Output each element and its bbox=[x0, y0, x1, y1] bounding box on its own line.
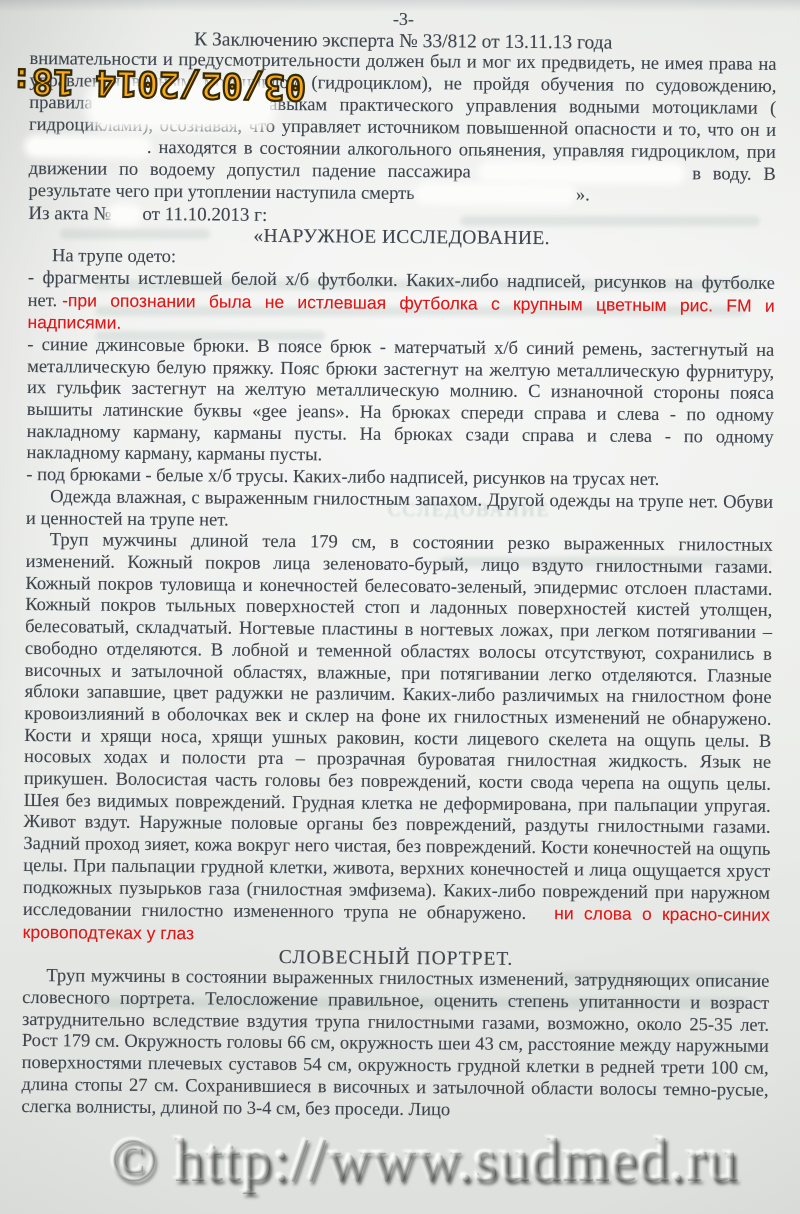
act-reference-prefix: Из акта № bbox=[28, 203, 111, 225]
list-item-jeans: - синие джинсовые брюки. В поясе брюк - … bbox=[26, 335, 774, 471]
redaction-name-3 bbox=[419, 187, 571, 201]
portrait-paragraph: Труп мужчины в состоянии выраженных гнил… bbox=[21, 966, 769, 1124]
document-page: -3- К Заключению эксперта № 33/812 от 13… bbox=[21, 6, 777, 1124]
redaction-name-1 bbox=[29, 140, 147, 154]
body-description-text: Труп мужчины длиной тела 179 см, в состо… bbox=[23, 530, 773, 924]
body-description-paragraph: Труп мужчины длиной тела 179 см, в состо… bbox=[23, 530, 773, 950]
clothing-summary-paragraph: Одежда влажная, с выраженным гнилостным … bbox=[26, 487, 773, 536]
scanned-document-photo: ССЛЕДОВАНИЕ -3- К Заключению эксперта № … bbox=[0, 0, 800, 1214]
redaction-name-2 bbox=[482, 165, 680, 180]
datetime-stamp: 03/02/2014 18: bbox=[0, 59, 306, 106]
redaction-act-number bbox=[112, 208, 138, 220]
case-intro-text: ». bbox=[576, 185, 590, 205]
act-reference-suffix: от 11.10.2013 г: bbox=[142, 204, 267, 226]
watermark: © http://www.sudmed.ru bbox=[110, 1126, 739, 1196]
list-item-tshirt: - фрагменты истлевшей белой х/б футболки… bbox=[27, 268, 775, 341]
annotation-tshirt: -при опознании была не истлевшая футболк… bbox=[27, 290, 774, 333]
